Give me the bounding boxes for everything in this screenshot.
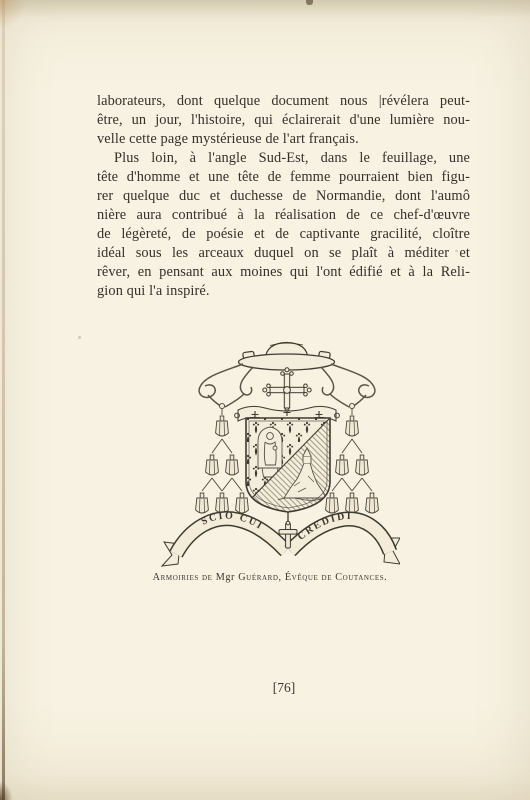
text-line: de légèreté, de poésie et de captivante … — [97, 225, 470, 244]
text-line: rêver, en pensant aux moines qui l'ont é… — [97, 263, 470, 282]
ink-speck — [306, 0, 313, 5]
scan-left-page-edge — [2, 0, 5, 800]
scan-top-shading — [0, 0, 530, 18]
caption-text: Guérard, Évêque de Coutances. — [238, 572, 387, 583]
text-line: idéal sous les arceaux duquel on se plaî… — [97, 244, 470, 263]
shield — [246, 418, 330, 516]
body-text: laborateurs, dont quelque document nous … — [97, 92, 470, 301]
caption-mgr-abbrev: Mgr — [216, 572, 235, 583]
caption-text: Armoiries de — [153, 572, 213, 583]
text-line: velle cette page mystérieuse de l'art fr… — [97, 130, 470, 149]
text-line: Plus loin, à l'angle Sud-Est, dans le fe… — [97, 149, 470, 168]
motto-ribbon: SCIO CUI CREDIDI — [162, 510, 400, 566]
figure-caption: Armoiries de Mgr Guérard, Évêque de Cout… — [100, 572, 440, 583]
text-line: tête d'homme et une tête de femme pourra… — [97, 168, 470, 187]
scan-corner-stain — [0, 0, 26, 30]
text-line: être, un jour, l'histoire, qui éclairera… — [97, 111, 470, 130]
page-number: [76] — [254, 680, 314, 696]
paper-speck — [78, 336, 81, 339]
text-line: gion qui l'a inspiré. — [97, 282, 470, 301]
text-line: nière aura contribué à la réalisation de… — [97, 206, 470, 225]
galero-hat-icon — [239, 343, 335, 371]
book-page-scan: laborateurs, dont quelque document nous … — [0, 0, 530, 800]
text-line: laborateurs, dont quelque document nous … — [97, 92, 470, 111]
scan-corner-dark-spot — [0, 782, 12, 800]
text-line: rer quelque duc et duchesse de Normandie… — [97, 187, 470, 206]
coat-of-arms-illustration: SCIO CUI CREDIDI — [150, 332, 400, 567]
